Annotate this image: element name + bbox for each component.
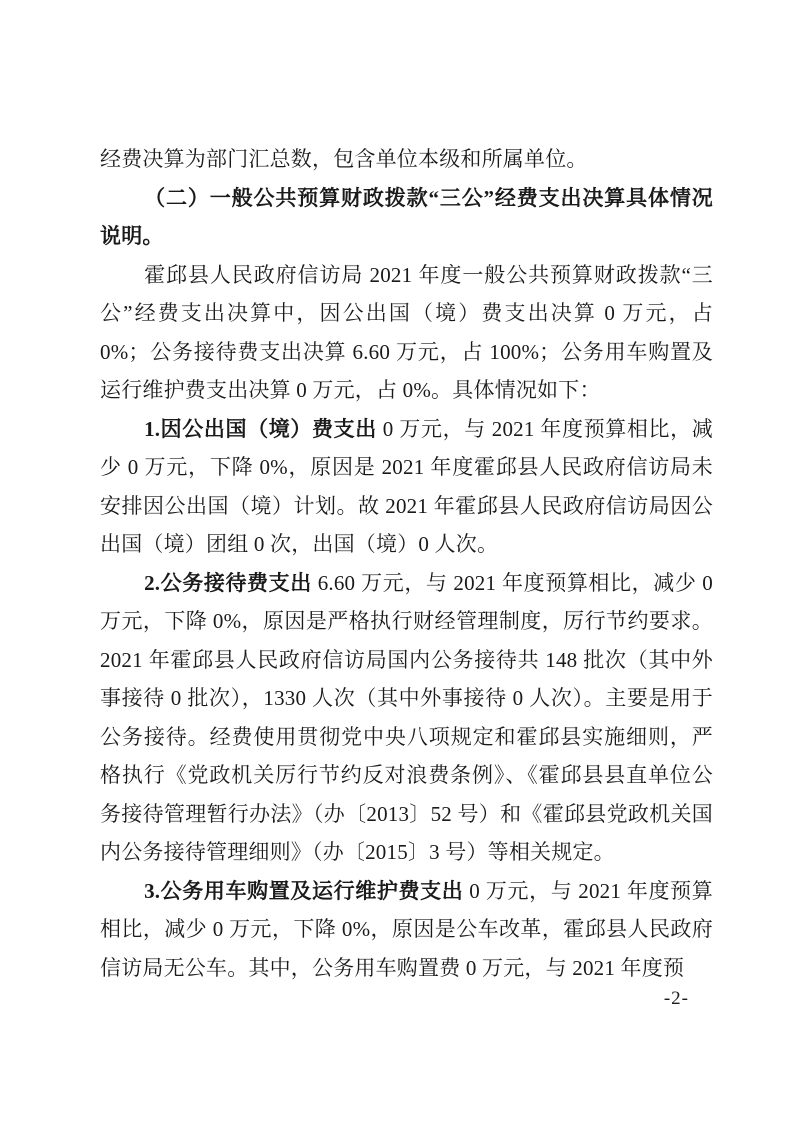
text-run: 霍邱县人民政府信访局 2021 年度一般公共预算财政拨款“三公”经费支出决算中，… <box>100 263 713 403</box>
text-run: 6.60 万元，与 2021 年度预算相比，减少 0 万元，下降 0%，原因是严… <box>100 571 713 865</box>
paragraph-item-3: 3.公务用车购置及运行维护费支出 0 万元，与 2021 年度预算相比，减少 0… <box>100 872 713 988</box>
section-heading: （二）一般公共预算财政拨款“三公”经费支出决算具体情况说明。 <box>100 179 713 256</box>
document-body: 经费决算为部门汇总数，包含单位本级和所属单位。（二）一般公共预算财政拨款“三公”… <box>100 140 713 987</box>
document-page: 经费决算为部门汇总数，包含单位本级和所属单位。（二）一般公共预算财政拨款“三公”… <box>0 0 793 1122</box>
paragraph-item-2: 2.公务接待费支出 6.60 万元，与 2021 年度预算相比，减少 0 万元，… <box>100 564 713 872</box>
page-number: -2- <box>664 988 689 1010</box>
paragraph-continuation: 经费决算为部门汇总数，包含单位本级和所属单位。 <box>100 140 713 179</box>
paragraph-item-1: 1.因公出国（境）费支出 0 万元，与 2021 年度预算相比，减少 0 万元，… <box>100 410 713 564</box>
bold-run: 2.公务接待费支出 <box>144 571 312 595</box>
bold-run: （二）一般公共预算财政拨款“三公”经费支出决算具体情况说明。 <box>100 186 713 249</box>
paragraph-overview: 霍邱县人民政府信访局 2021 年度一般公共预算财政拨款“三公”经费支出决算中，… <box>100 256 713 410</box>
bold-run: 3.公务用车购置及运行维护费支出 <box>144 879 463 903</box>
bold-run: 1.因公出国（境）费支出 <box>144 417 377 441</box>
text-run: 经费决算为部门汇总数，包含单位本级和所属单位。 <box>100 147 588 171</box>
